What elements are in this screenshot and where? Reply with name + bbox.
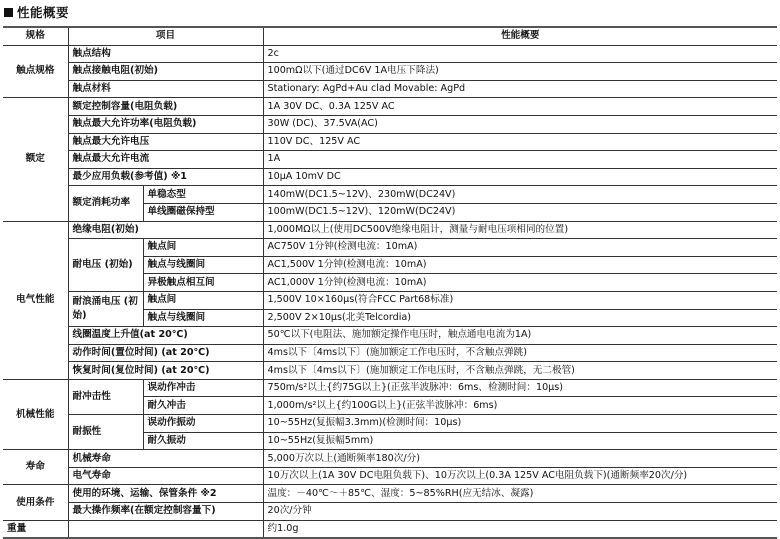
- item-value: 4ms以下〔4ms以下〕(施加额定工作电压时，不含触点弹跳，无二极管): [263, 362, 777, 380]
- item-value: 1A: [263, 151, 777, 169]
- header-spec: 规格: [3, 27, 68, 45]
- item-value: 10~55Hz(复振幅3.3mm)(检测时间：10μs): [263, 415, 777, 433]
- item-value: AC1,000V 1分钟(检测电流：10mA): [263, 274, 777, 292]
- category-conditions: 使用条件: [3, 485, 68, 520]
- table-row: 触点规格 触点结构 2c: [3, 45, 777, 63]
- category-life: 寿命: [3, 450, 68, 485]
- table-row: 恢复时间(复位时间) (at 20℃) 4ms以下〔4ms以下〕(施加额定工作电…: [3, 362, 777, 380]
- item-value: 1,500V 10×160μs(符合FCC Part68标准): [263, 291, 777, 309]
- item-value: 10μA 10mV DC: [263, 168, 777, 186]
- subitem-label: 单线圈磁保持型: [143, 203, 263, 221]
- item-value: 4ms以下〔4ms以下〕(施加额定工作电压时，不含触点弹跳): [263, 344, 777, 362]
- section-title: 性能概要: [4, 5, 69, 21]
- subitem-label: 触点与线圈间: [143, 256, 263, 274]
- item-value: 10万次以上(1A 30V DC电阻负载下)、10万次以上(0.3A 125V …: [263, 467, 777, 485]
- item-value: 750m/s²以上{约75G以上}(正弦半波脉冲：6ms、检测时间：10μs): [263, 379, 777, 397]
- subitem-label: 耐久冲击: [143, 397, 263, 415]
- item-label: 耐冲击性: [68, 379, 143, 414]
- item-value: 50℃以下(电阻法、施加额定操作电压时，触点通电电流为1A): [263, 327, 777, 345]
- item-value: 100mΩ以下(通过DC6V 1A电压下降法): [263, 63, 777, 81]
- item-value: 1A 30V DC、0.3A 125V AC: [263, 98, 777, 116]
- subitem-label: 误动作冲击: [143, 379, 263, 397]
- header-performance: 性能概要: [263, 27, 777, 45]
- item-label: 使用的环境、运输、保管条件 ※2: [68, 485, 263, 503]
- table-row: 最大操作频率(在额定控制容量下) 20次/分钟: [3, 503, 777, 521]
- category-contact: 触点规格: [3, 45, 68, 98]
- table-row: 触点接触电阻(初始) 100mΩ以下(通过DC6V 1A电压下降法): [3, 63, 777, 81]
- section-title-text: 性能概要: [17, 5, 69, 20]
- item-value: 20次/分钟: [263, 503, 777, 521]
- table-row: 最少应用负载(参考值) ※1 10μA 10mV DC: [3, 168, 777, 186]
- item-label: 绝缘电阻(初始): [68, 221, 263, 239]
- item-value: 约1.0g: [263, 520, 777, 537]
- subitem-label: 触点间: [143, 291, 263, 309]
- item-label: 机械寿命: [68, 450, 263, 468]
- item-value: 1,000MΩ以上(使用DC500V绝缘电阻计，测量与耐电压项相同的位置): [263, 221, 777, 239]
- table-row: 耐浪涌电压 (初始) 触点间 1,500V 10×160μs(符合FCC Par…: [3, 291, 777, 309]
- subitem-label: 异极触点相互间: [143, 274, 263, 292]
- item-label: 额定控制容量(电阻负载): [68, 98, 263, 116]
- item-value: AC750V 1分钟(检测电流：10mA): [263, 239, 777, 257]
- item-value: 100mW(DC1.5~12V)、120mW(DC24V): [263, 203, 777, 221]
- item-value: Stationary: AgPd+Au clad Movable: AgPd: [263, 80, 777, 98]
- item-label: 触点最大允许电流: [68, 151, 263, 169]
- table-row: 机械性能 耐冲击性 误动作冲击 750m/s²以上{约75G以上}(正弦半波脉冲…: [3, 379, 777, 397]
- table-row: 额定 额定控制容量(电阻负载) 1A 30V DC、0.3A 125V AC: [3, 98, 777, 116]
- table-row: 线圈温度上升值(at 20℃) 50℃以下(电阻法、施加额定操作电压时，触点通电…: [3, 327, 777, 345]
- table-header-row: 规格 项目 性能概要: [3, 27, 777, 45]
- category-electrical: 电气性能: [3, 221, 68, 379]
- item-label: 触点接触电阻(初始): [68, 63, 263, 81]
- item-label: [68, 520, 263, 537]
- item-value: 1,000m/s²以上{约100G以上}(正弦半波脉冲：6ms): [263, 397, 777, 415]
- subitem-label: 误动作振动: [143, 415, 263, 433]
- subitem-label: 单稳态型: [143, 186, 263, 204]
- category-weight: 重量: [3, 520, 68, 537]
- item-label: 线圈温度上升值(at 20℃): [68, 327, 263, 345]
- item-value: 2,500V 2×10μs(北美Telcordia): [263, 309, 777, 327]
- item-label: 恢复时间(复位时间) (at 20℃): [68, 362, 263, 380]
- header-item: 项目: [68, 27, 263, 45]
- subitem-label: 触点与线圈间: [143, 309, 263, 327]
- category-mechanical: 机械性能: [3, 379, 68, 449]
- item-value: 140mW(DC1.5~12V)、230mW(DC24V): [263, 186, 777, 204]
- item-value: 10~55Hz(复振幅5mm): [263, 432, 777, 450]
- item-value: 110V DC、125V AC: [263, 133, 777, 151]
- table-row: 额定消耗功率 单稳态型 140mW(DC1.5~12V)、230mW(DC24V…: [3, 186, 777, 204]
- item-label: 触点材料: [68, 80, 263, 98]
- category-rating: 额定: [3, 98, 68, 221]
- table-row: 触点最大允许功率(电阻负载) 30W (DC)、37.5VA(AC): [3, 115, 777, 133]
- item-value: 2c: [263, 45, 777, 63]
- item-label: 触点最大允许功率(电阻负载): [68, 115, 263, 133]
- item-label: 耐浪涌电压 (初始): [68, 291, 143, 326]
- subitem-label: 触点间: [143, 239, 263, 257]
- item-label: 最少应用负载(参考值) ※1: [68, 168, 263, 186]
- item-label: 触点结构: [68, 45, 263, 63]
- item-label: 最大操作频率(在额定控制容量下): [68, 503, 263, 521]
- item-label: 触点最大允许电压: [68, 133, 263, 151]
- item-value: 温度：－40℃～＋85℃、湿度：5~85%RH(应无结冰、凝露): [263, 485, 777, 503]
- table-row: 触点最大允许电流 1A: [3, 151, 777, 169]
- table-row: 触点最大允许电压 110V DC、125V AC: [3, 133, 777, 151]
- item-label: 动作时间(置位时间) (at 20℃): [68, 344, 263, 362]
- performance-spec-table: 规格 项目 性能概要 触点规格 触点结构 2c 触点接触电阻(初始) 100mΩ…: [3, 26, 777, 537]
- item-value: AC1,500V 1分钟(检测电流：10mA): [263, 256, 777, 274]
- item-value: 30W (DC)、37.5VA(AC): [263, 115, 777, 133]
- item-label: 耐电压 (初始): [68, 239, 143, 292]
- item-label: 耐振性: [68, 415, 143, 450]
- table-row: 耐振性 误动作振动 10~55Hz(复振幅3.3mm)(检测时间：10μs): [3, 415, 777, 433]
- subitem-label: 耐久振动: [143, 432, 263, 450]
- table-row: 触点材料 Stationary: AgPd+Au clad Movable: A…: [3, 80, 777, 98]
- item-label: 电气寿命: [68, 467, 263, 485]
- table-row: 耐电压 (初始) 触点间 AC750V 1分钟(检测电流：10mA): [3, 239, 777, 257]
- item-value: 5,000万次以上(通断频率180次/分): [263, 450, 777, 468]
- table-row: 电气寿命 10万次以上(1A 30V DC电阻负载下)、10万次以上(0.3A …: [3, 467, 777, 485]
- table-row: 重量 约1.0g: [3, 520, 777, 537]
- table-row: 电气性能 绝缘电阻(初始) 1,000MΩ以上(使用DC500V绝缘电阻计，测量…: [3, 221, 777, 239]
- item-label: 额定消耗功率: [68, 186, 143, 221]
- square-bullet-icon: [4, 8, 13, 17]
- table-row: 寿命 机械寿命 5,000万次以上(通断频率180次/分): [3, 450, 777, 468]
- table-row: 动作时间(置位时间) (at 20℃) 4ms以下〔4ms以下〕(施加额定工作电…: [3, 344, 777, 362]
- table-row: 使用条件 使用的环境、运输、保管条件 ※2 温度：－40℃～＋85℃、湿度：5~…: [3, 485, 777, 503]
